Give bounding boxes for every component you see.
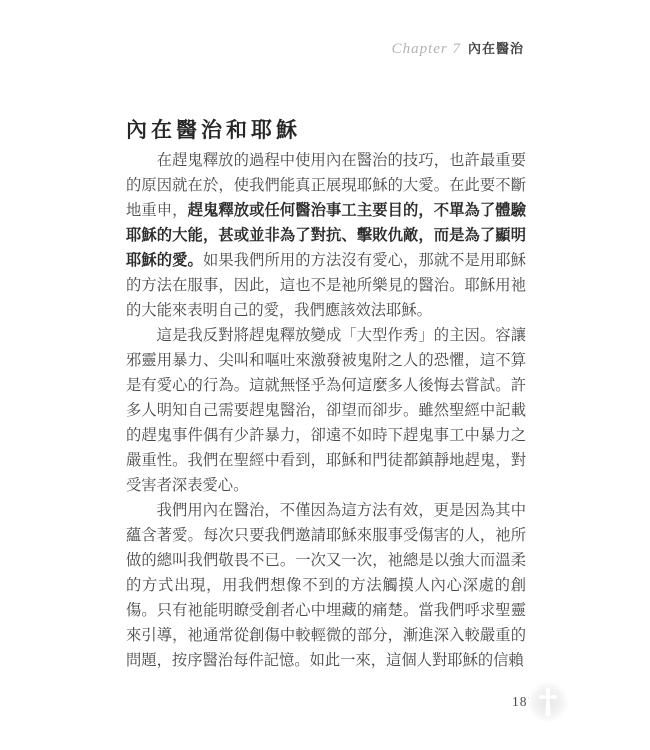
chapter-number-label: Chapter 7 [392, 41, 461, 57]
chapter-title-label: 內在醫治 [468, 41, 524, 56]
body-text: 在趕鬼釋放的過程中使用內在醫治的技巧，也許最重要的原因就在於，使我們能真正展現耶… [126, 148, 526, 673]
section-title: 內在醫治和耶穌 [126, 114, 301, 144]
running-header: Chapter 7內在醫治 [392, 38, 524, 58]
text-run: 這是我反對將趕鬼釋放變成「大型作秀」的主因。容讓邪靈用暴力、尖叫和嘔吐來激發被鬼… [126, 327, 526, 494]
book-page: Chapter 7內在醫治 內在醫治和耶穌 在趕鬼釋放的過程中使用內在醫治的技巧… [0, 0, 650, 750]
paragraph: 這是我反對將趕鬼釋放變成「大型作秀」的主因。容讓邪靈用暴力、尖叫和嘔吐來激發被鬼… [126, 323, 526, 498]
paragraph: 我們用內在醫治，不僅因為這方法有效，更是因為其中蘊含著愛。每次只要我們邀請耶穌來… [126, 498, 526, 673]
paragraph: 在趕鬼釋放的過程中使用內在醫治的技巧，也許最重要的原因就在於，使我們能真正展現耶… [126, 148, 526, 323]
text-run: 我們用內在醫治，不僅因為這方法有效，更是因為其中蘊含著愛。每次只要我們邀請耶穌來… [126, 502, 526, 669]
cross-icon [528, 682, 568, 722]
